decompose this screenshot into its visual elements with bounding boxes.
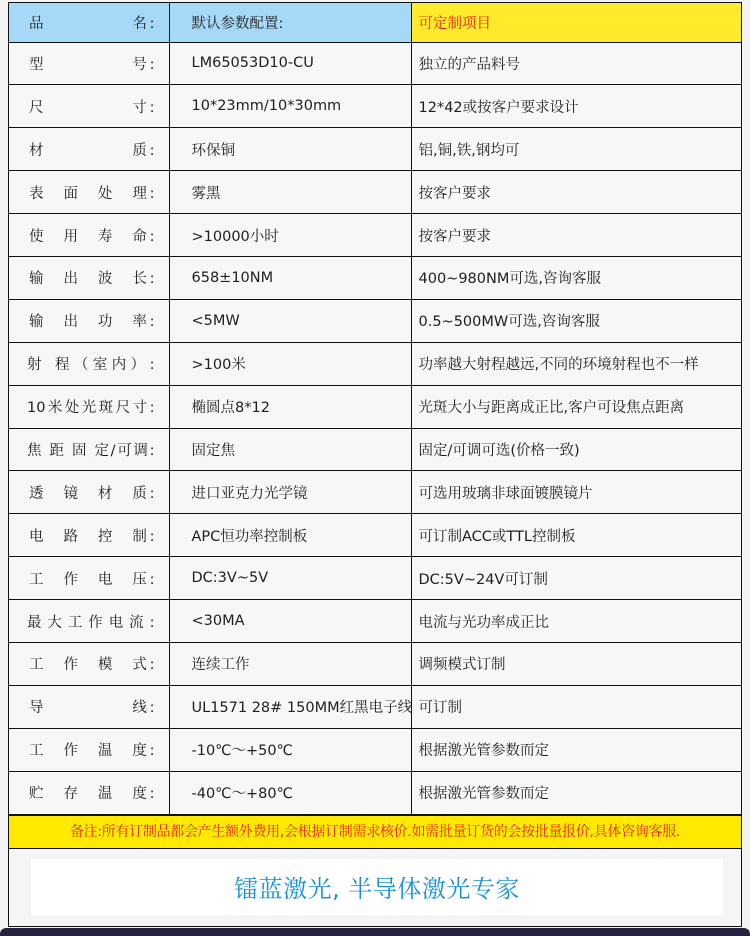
table-row: 尺 寸:10*23mm/10*30mm12*42或按客户要求设计 (9, 85, 741, 128)
row-custom: 可订制ACC或TTL控制板 (411, 514, 741, 557)
table-row: 射 程（室内）:>100米功率越大射程越远,不同的环境射程也不一样 (9, 342, 741, 385)
row-custom: 按客户要求 (411, 171, 741, 214)
row-label: 型 号: (9, 42, 169, 85)
row-label: 射 程（室内）: (9, 342, 169, 385)
table-row: 焦 距 固 定/可调:固定焦固定/可调可选(价格一致) (9, 428, 741, 471)
row-custom: 12*42或按客户要求设计 (411, 85, 741, 128)
table-header-row: 品 名: 默认参数配置: 可定制项目 (9, 3, 741, 42)
table-row: 型 号:LM65053D10-CU独立的产品料号 (9, 42, 741, 85)
row-custom: 固定/可调可选(价格一致) (411, 428, 741, 471)
row-custom: 可订制 (411, 685, 741, 728)
row-custom: DC:5V~24V可订制 (411, 557, 741, 600)
row-label: 透 镜 材 质: (9, 471, 169, 514)
remark-banner: 备注:所有订制品都会产生额外费用,会根据订制需求核价.如需批量订货的会按批量报价… (9, 815, 741, 849)
row-label: 输 出 波 长: (9, 256, 169, 299)
row-label: 贮 存 温 度: (9, 771, 169, 814)
row-label: 10米处光斑尺寸: (9, 385, 169, 428)
row-label: 电 路 控 制: (9, 514, 169, 557)
row-default: APC恒功率控制板 (169, 514, 411, 557)
row-default: -10℃～+50℃ (169, 728, 411, 771)
row-label: 工 作 电 压: (9, 557, 169, 600)
header-custom-cell: 可定制项目 (411, 3, 741, 42)
table-row: 工 作 温 度:-10℃～+50℃根据激光管参数而定 (9, 728, 741, 771)
table-row: 使 用 寿 命:>10000小时按客户要求 (9, 214, 741, 257)
row-label: 表 面 处 理: (9, 171, 169, 214)
row-default: 进口亚克力光学镜 (169, 471, 411, 514)
row-default: <30MA (169, 600, 411, 643)
row-label: 工 作 温 度: (9, 728, 169, 771)
row-default: UL1571 28# 150MM红黑电子线 (169, 685, 411, 728)
table-row: 输 出 波 长:658±10NM400~980NM可选,咨询客服 (9, 256, 741, 299)
row-custom: 调频模式订制 (411, 642, 741, 685)
table-row: 透 镜 材 质:进口亚克力光学镜可选用玻璃非球面镀膜镜片 (9, 471, 741, 514)
header-label-cell: 品 名: (9, 3, 169, 42)
row-default: 658±10NM (169, 256, 411, 299)
row-default: -40℃～+80℃ (169, 771, 411, 814)
table-row: 导 线:UL1571 28# 150MM红黑电子线可订制 (9, 685, 741, 728)
row-default: 10*23mm/10*30mm (169, 85, 411, 128)
brand-slogan: 镭蓝激光, 半导体激光专家 (234, 869, 520, 904)
row-default: 雾黑 (169, 171, 411, 214)
row-default: 环保铜 (169, 128, 411, 171)
footer-area: 镭蓝激光, 半导体激光专家 (9, 849, 741, 926)
table-row: 工 作 电 压:DC:3V~5VDC:5V~24V可订制 (9, 557, 741, 600)
row-custom: 光斑大小与距离成正比,客户可设焦点距离 (411, 385, 741, 428)
row-label: 输 出 功 率: (9, 299, 169, 342)
row-default: <5MW (169, 299, 411, 342)
table-row: 10米处光斑尺寸:椭圆点8*12光斑大小与距离成正比,客户可设焦点距离 (9, 385, 741, 428)
row-label: 导 线: (9, 685, 169, 728)
row-custom: 功率越大射程越远,不同的环境射程也不一样 (411, 342, 741, 385)
row-custom: 400~980NM可选,咨询客服 (411, 256, 741, 299)
row-custom: 独立的产品料号 (411, 42, 741, 85)
table-row: 材 质:环保铜铝,铜,铁,钢均可 (9, 128, 741, 171)
row-custom: 可选用玻璃非球面镀膜镜片 (411, 471, 741, 514)
row-label: 使 用 寿 命: (9, 214, 169, 257)
slogan-box: 镭蓝激光, 半导体激光专家 (31, 859, 723, 915)
table-row: 电 路 控 制:APC恒功率控制板可订制ACC或TTL控制板 (9, 514, 741, 557)
row-default: >10000小时 (169, 214, 411, 257)
row-default: 连续工作 (169, 642, 411, 685)
row-default: >100米 (169, 342, 411, 385)
row-label: 最大工作电流: (9, 600, 169, 643)
table-row: 工 作 模 式:连续工作调频模式订制 (9, 642, 741, 685)
row-custom: 电流与光功率成正比 (411, 600, 741, 643)
spec-table: 品 名: 默认参数配置: 可定制项目 型 号:LM65053D10-CU独立的产… (9, 3, 741, 815)
row-label: 焦 距 固 定/可调: (9, 428, 169, 471)
table-row: 最大工作电流:<30MA电流与光功率成正比 (9, 600, 741, 643)
row-custom: 根据激光管参数而定 (411, 771, 741, 814)
table-row: 输 出 功 率:<5MW0.5~500MW可选,咨询客服 (9, 299, 741, 342)
row-label: 工 作 模 式: (9, 642, 169, 685)
table-row: 表 面 处 理:雾黑按客户要求 (9, 171, 741, 214)
row-default: LM65053D10-CU (169, 42, 411, 85)
row-label: 材 质: (9, 128, 169, 171)
row-default: 固定焦 (169, 428, 411, 471)
spec-sheet: 品 名: 默认参数配置: 可定制项目 型 号:LM65053D10-CU独立的产… (8, 2, 742, 927)
row-custom: 根据激光管参数而定 (411, 728, 741, 771)
table-row: 贮 存 温 度:-40℃～+80℃根据激光管参数而定 (9, 771, 741, 814)
row-custom: 0.5~500MW可选,咨询客服 (411, 299, 741, 342)
header-default-cell: 默认参数配置: (169, 3, 411, 42)
row-custom: 铝,铜,铁,钢均可 (411, 128, 741, 171)
row-custom: 按客户要求 (411, 214, 741, 257)
row-label: 尺 寸: (9, 85, 169, 128)
row-default: DC:3V~5V (169, 557, 411, 600)
row-default: 椭圆点8*12 (169, 385, 411, 428)
bottom-divider-bar (0, 928, 750, 936)
